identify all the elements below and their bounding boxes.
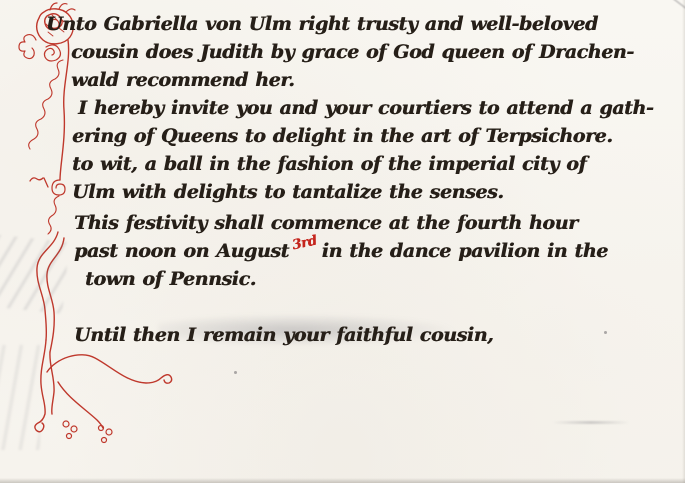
closing-line: Until then I remain your faithful cousin… (74, 321, 493, 349)
details-line-after: in the dance pavilion in the (322, 240, 608, 262)
letter-body: Unto Gabriella von Ulm right trusty and … (0, 0, 685, 483)
salutation-line: Unto Gabriella von Ulm right trusty and … (46, 10, 634, 38)
scan-edge-shadow (0, 478, 685, 483)
details-paragraph: This festivity shall commence at the fou… (74, 209, 608, 293)
salutation-paragraph: Unto Gabriella von Ulm right trusty and … (46, 10, 634, 94)
details-line: This festivity shall commence at the fou… (74, 209, 608, 237)
details-line-before: past noon on August (74, 240, 289, 262)
invitation-line: I hereby invite you and your courtiers t… (78, 94, 653, 122)
invitation-paragraph: I hereby invite you and your courtiers t… (72, 94, 653, 206)
invitation-line: Ulm with delights to tantalize the sense… (72, 178, 653, 206)
details-line: town of Pennsic. (85, 265, 608, 293)
invitation-line: ering of Queens to delight in the art of… (72, 122, 653, 150)
salutation-line: wald recommend her. (71, 66, 634, 94)
details-line: past noon on August3rdin the dance pavil… (74, 237, 608, 265)
manuscript-page: Unto Gabriella von Ulm right trusty and … (0, 0, 685, 483)
invitation-line: to wit, a ball in the fashion of the imp… (72, 150, 653, 178)
salutation-line: cousin does Judith by grace of God queen… (71, 38, 634, 66)
date-insertion: 3rd (289, 227, 319, 260)
closing-text: Until then I remain your faithful cousin… (74, 321, 493, 349)
